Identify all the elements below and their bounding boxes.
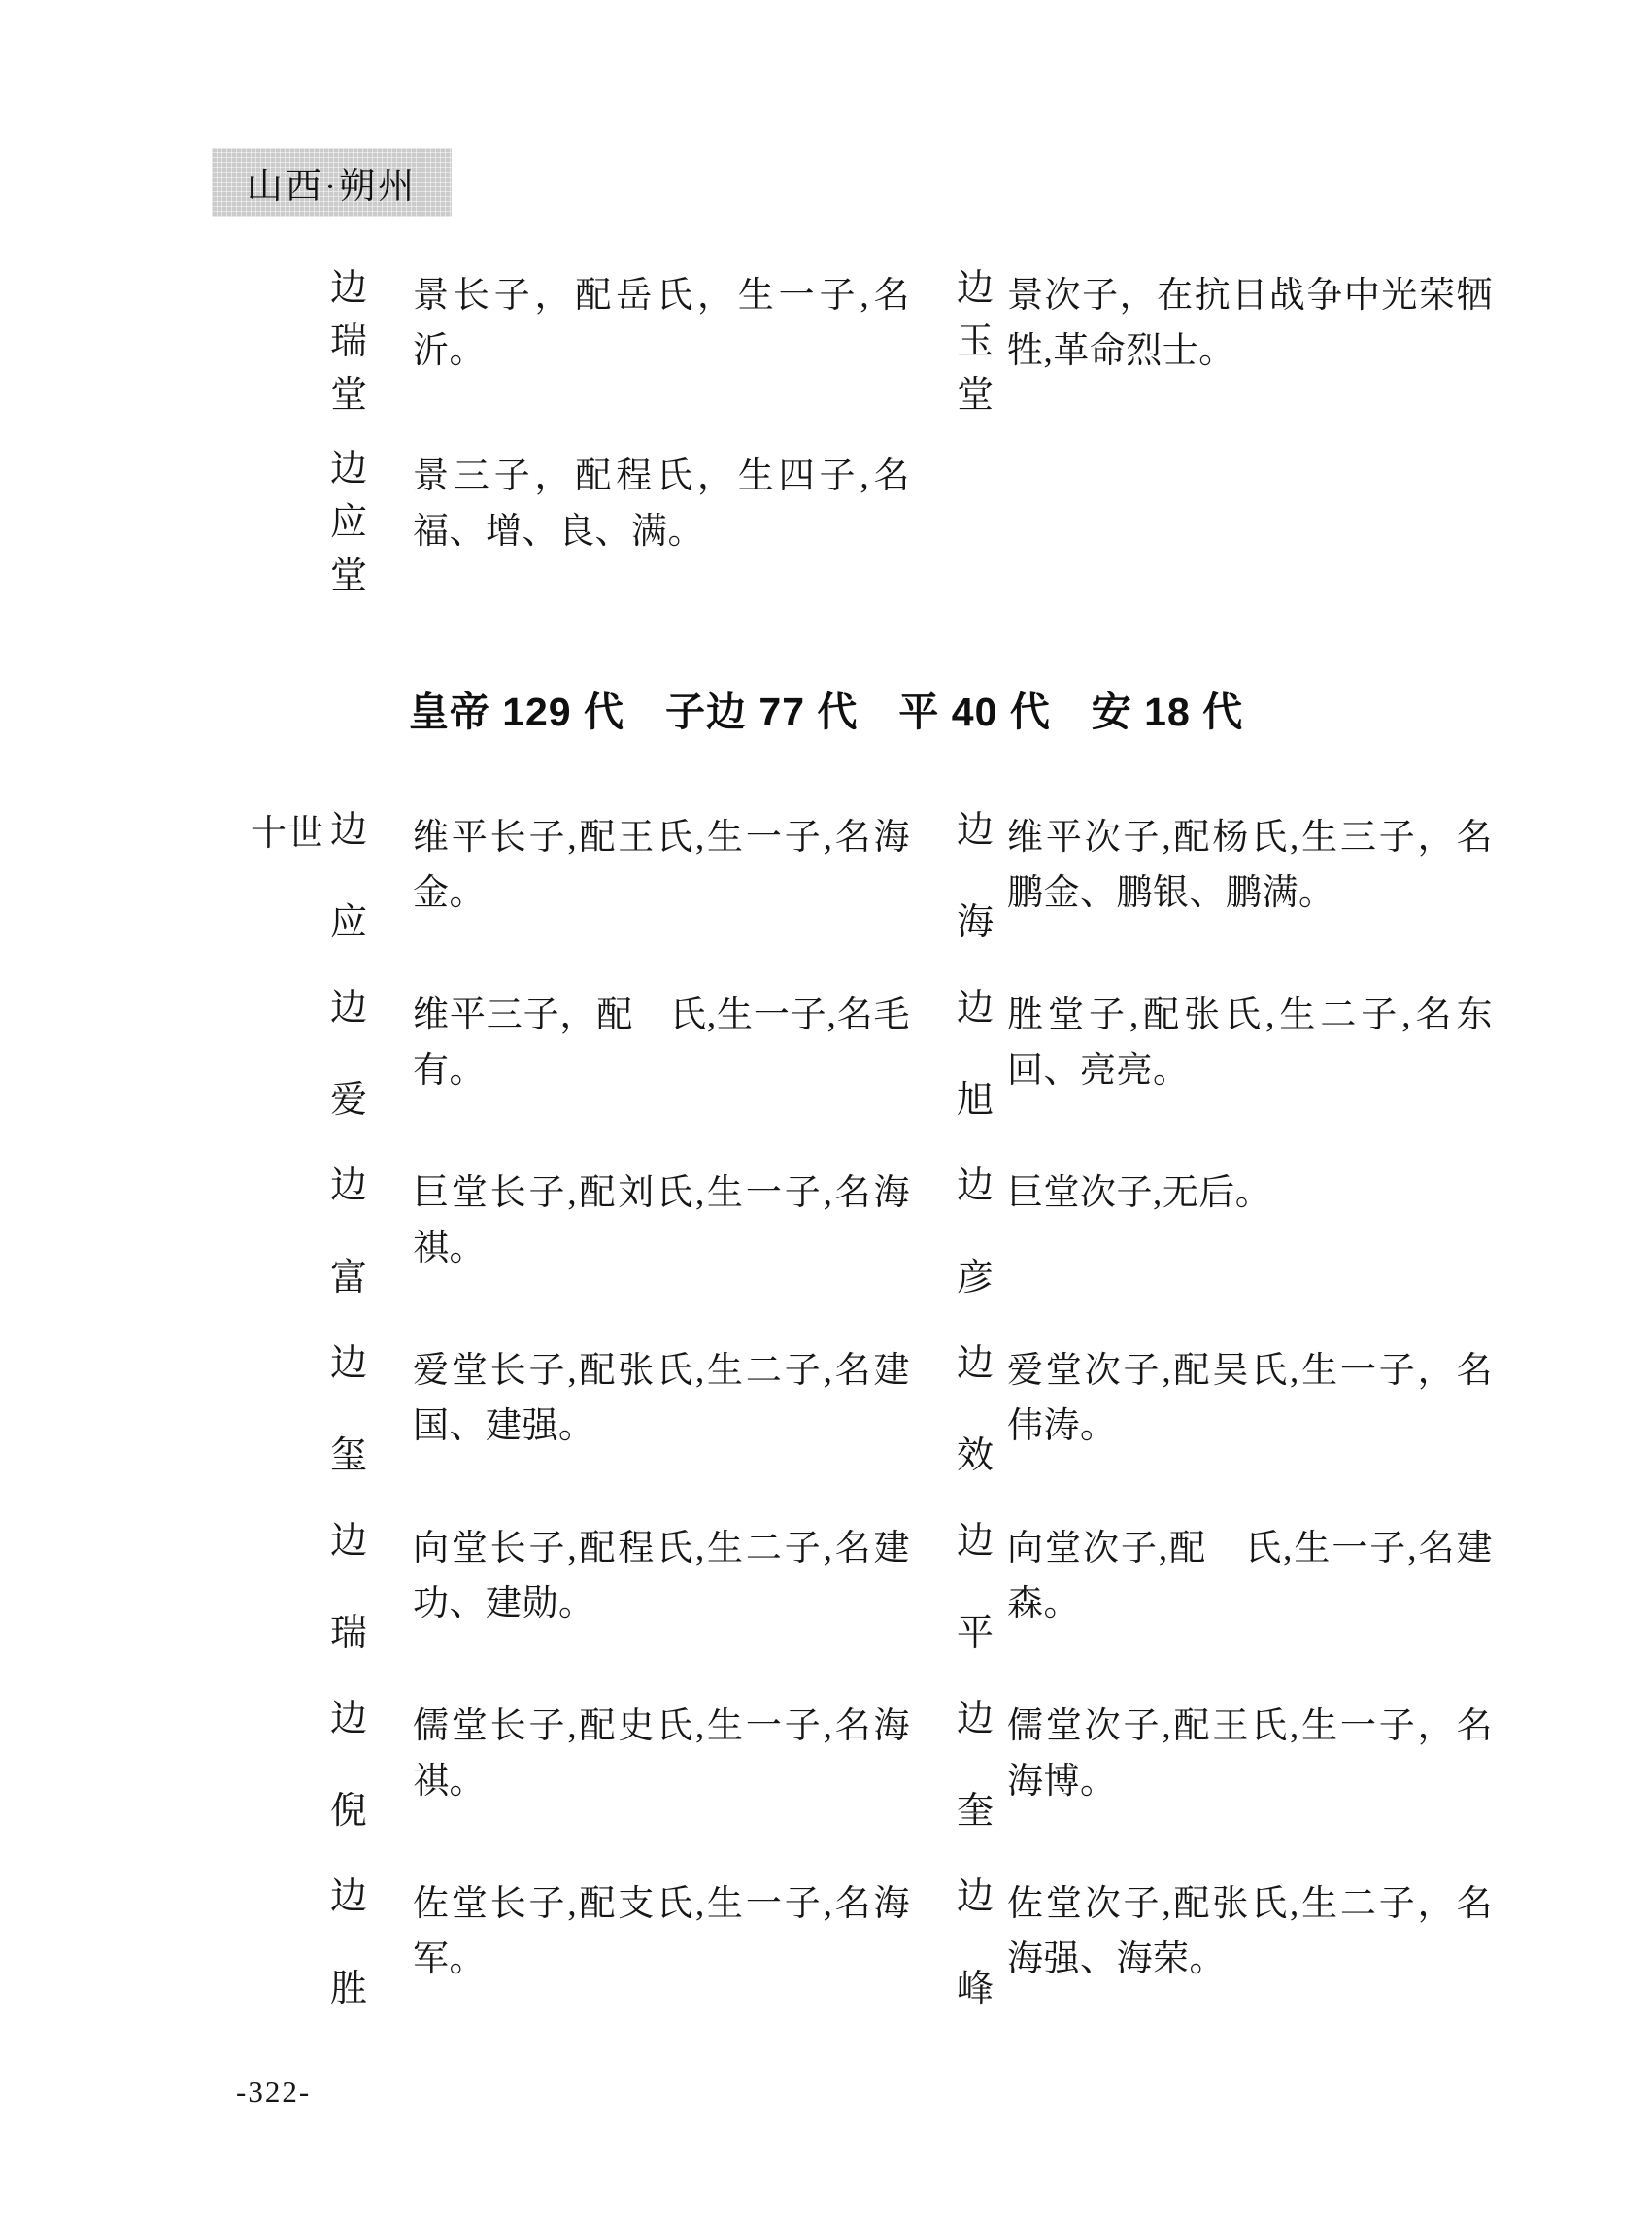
name-char: 边 [330, 1165, 413, 1206]
genealogy-book-page: 山西·朔州 边瑞堂景长子，配岳氏，生一子,名沂。边玉堂景次子，在抗日战争中光荣牺… [0, 0, 1652, 2226]
name-char: 边 [330, 1699, 413, 1739]
name-char: 边 [330, 1521, 413, 1562]
name-char: 富 [330, 1258, 413, 1298]
entry-name: 边彦 [957, 1165, 1007, 1298]
entry-text: 维平长子,配王氏,生一子,名海金。 [413, 810, 910, 921]
generation-marker: 十世 [251, 810, 330, 859]
name-char: 边 [330, 1876, 413, 1917]
name-char: 边 [957, 1521, 1007, 1562]
name-char: 边 [957, 988, 1007, 1029]
entry-name: 边峰 [957, 1876, 1007, 2009]
name-char: 边 [330, 810, 413, 851]
entry-name: 边海 [957, 810, 1007, 943]
name-char: 堂 [330, 556, 413, 596]
entry-name: 边瑞 [330, 1521, 413, 1654]
entry-name: 边富 [330, 1165, 413, 1298]
name-char: 胜 [330, 1969, 413, 2009]
entry-name: 边应 [330, 810, 413, 943]
name-char: 应 [330, 902, 413, 943]
entry-name: 边平 [957, 1521, 1007, 1654]
name-char: 奎 [957, 1791, 1007, 1832]
name-char: 边 [957, 810, 1007, 851]
name-char: 峰 [957, 1969, 1007, 2009]
name-char: 堂 [330, 375, 413, 416]
entry-text: 爱堂长子,配张氏,生二子,名建国、建强。 [413, 1343, 910, 1454]
name-char: 边 [957, 268, 1007, 309]
region-tag-box: 山西·朔州 [212, 148, 452, 217]
entry-name: 边瑞堂 [330, 268, 413, 416]
name-char: 边 [330, 268, 413, 309]
name-char: 边 [330, 1343, 413, 1384]
name-char: 玉 [957, 321, 1007, 362]
entry-name: 边玺 [330, 1343, 413, 1476]
genealogy-row: 边瑞堂景长子，配岳氏，生一子,名沂。边玉堂景次子，在抗日战争中光荣牺牲,革命烈士… [251, 268, 1652, 449]
genealogy-row: 十世边应维平长子,配王氏,生一子,名海金。边海维平次子,配杨氏,生三子，名鹏金、… [251, 810, 1652, 988]
genealogy-row: 边胜佐堂长子,配支氏,生一子,名海军。边峰佐堂次子,配张氏,生二子，名海强、海荣… [251, 1876, 1652, 2054]
entry-name: 边爱 [330, 988, 413, 1121]
entry-text: 儒堂次子,配王氏,生一子，名海博。 [1007, 1699, 1493, 1809]
entry-text: 巨堂长子,配刘氏,生一子,名海祺。 [413, 1165, 910, 1276]
section-upper-entries: 边瑞堂景长子，配岳氏，生一子,名沂。边玉堂景次子，在抗日战争中光荣牺牲,革命烈士… [0, 268, 1652, 629]
name-char: 边 [330, 449, 413, 489]
name-char: 边 [957, 1343, 1007, 1384]
entry-text: 佐堂次子,配张氏,生二子，名海强、海荣。 [1007, 1876, 1493, 1987]
entry-text: 景次子，在抗日战争中光荣牺牲,革命烈士。 [1007, 268, 1493, 379]
entry-name: 边倪 [330, 1699, 413, 1832]
entry-name: 边玉堂 [957, 268, 1007, 416]
name-char: 堂 [957, 375, 1007, 416]
name-char: 爱 [330, 1080, 413, 1121]
entry-text: 胜堂子,配张氏,生二子,名东回、亮亮。 [1007, 988, 1493, 1098]
name-char: 海 [957, 902, 1007, 943]
generation-count-heading: 皇帝 129 代 子边 77 代 平 40 代 安 18 代 [0, 680, 1652, 737]
name-char: 瑞 [330, 321, 413, 362]
genealogy-row: 边瑞向堂长子,配程氏,生二子,名建功、建勋。边平向堂次子,配 氏,生一子,名建森… [251, 1521, 1652, 1699]
genealogy-row: 边富巨堂长子,配刘氏,生一子,名海祺。边彦巨堂次子,无后。 [251, 1165, 1652, 1343]
name-char: 旭 [957, 1080, 1007, 1121]
genealogy-row: 边应堂景三子，配程氏，生四子,名福、增、良、满。 [251, 449, 1652, 629]
name-char: 彦 [957, 1258, 1007, 1298]
entry-text: 维平三子，配 氏,生一子,名毛有。 [413, 988, 910, 1098]
entry-name: 边应堂 [330, 449, 413, 596]
entry-name: 边奎 [957, 1699, 1007, 1832]
entry-text: 佐堂长子,配支氏,生一子,名海军。 [413, 1876, 910, 1987]
name-char: 边 [957, 1876, 1007, 1917]
genealogy-row: 边爱维平三子，配 氏,生一子,名毛有。边旭胜堂子,配张氏,生二子,名东回、亮亮。 [251, 988, 1652, 1165]
name-char: 边 [330, 988, 413, 1029]
entry-text: 维平次子,配杨氏,生三子，名鹏金、鹏银、鹏满。 [1007, 810, 1493, 921]
genealogy-row: 边倪儒堂长子,配史氏,生一子,名海祺。边奎儒堂次子,配王氏,生一子，名海博。 [251, 1699, 1652, 1876]
entry-text: 景长子，配岳氏，生一子,名沂。 [413, 268, 910, 379]
entry-text: 向堂次子,配 氏,生一子,名建森。 [1007, 1521, 1493, 1632]
name-char: 效 [957, 1435, 1007, 1476]
entry-name: 边效 [957, 1343, 1007, 1476]
entry-text: 儒堂长子,配史氏,生一子,名海祺。 [413, 1699, 910, 1809]
name-char: 倪 [330, 1791, 413, 1832]
name-char: 应 [330, 502, 413, 543]
entry-name: 边旭 [957, 988, 1007, 1121]
name-char: 边 [957, 1165, 1007, 1206]
entry-name: 边胜 [330, 1876, 413, 2009]
name-char: 瑞 [330, 1613, 413, 1654]
entry-text: 爱堂次子,配吴氏,生一子，名伟涛。 [1007, 1343, 1493, 1454]
page-number: -322- [236, 2074, 311, 2109]
entry-text: 巨堂次子,无后。 [1007, 1165, 1493, 1221]
section-tenth-generation: 十世边应维平长子,配王氏,生一子,名海金。边海维平次子,配杨氏,生三子，名鹏金、… [0, 810, 1652, 2054]
genealogy-row: 边玺爱堂长子,配张氏,生二子,名建国、建强。边效爱堂次子,配吴氏,生一子，名伟涛… [251, 1343, 1652, 1521]
entry-text: 向堂长子,配程氏,生二子,名建功、建勋。 [413, 1521, 910, 1632]
name-char: 边 [957, 1699, 1007, 1739]
entry-text: 景三子，配程氏，生四子,名福、增、良、满。 [413, 449, 910, 559]
name-char: 玺 [330, 1435, 413, 1476]
name-char: 平 [957, 1613, 1007, 1654]
region-label: 山西·朔州 [247, 156, 417, 209]
